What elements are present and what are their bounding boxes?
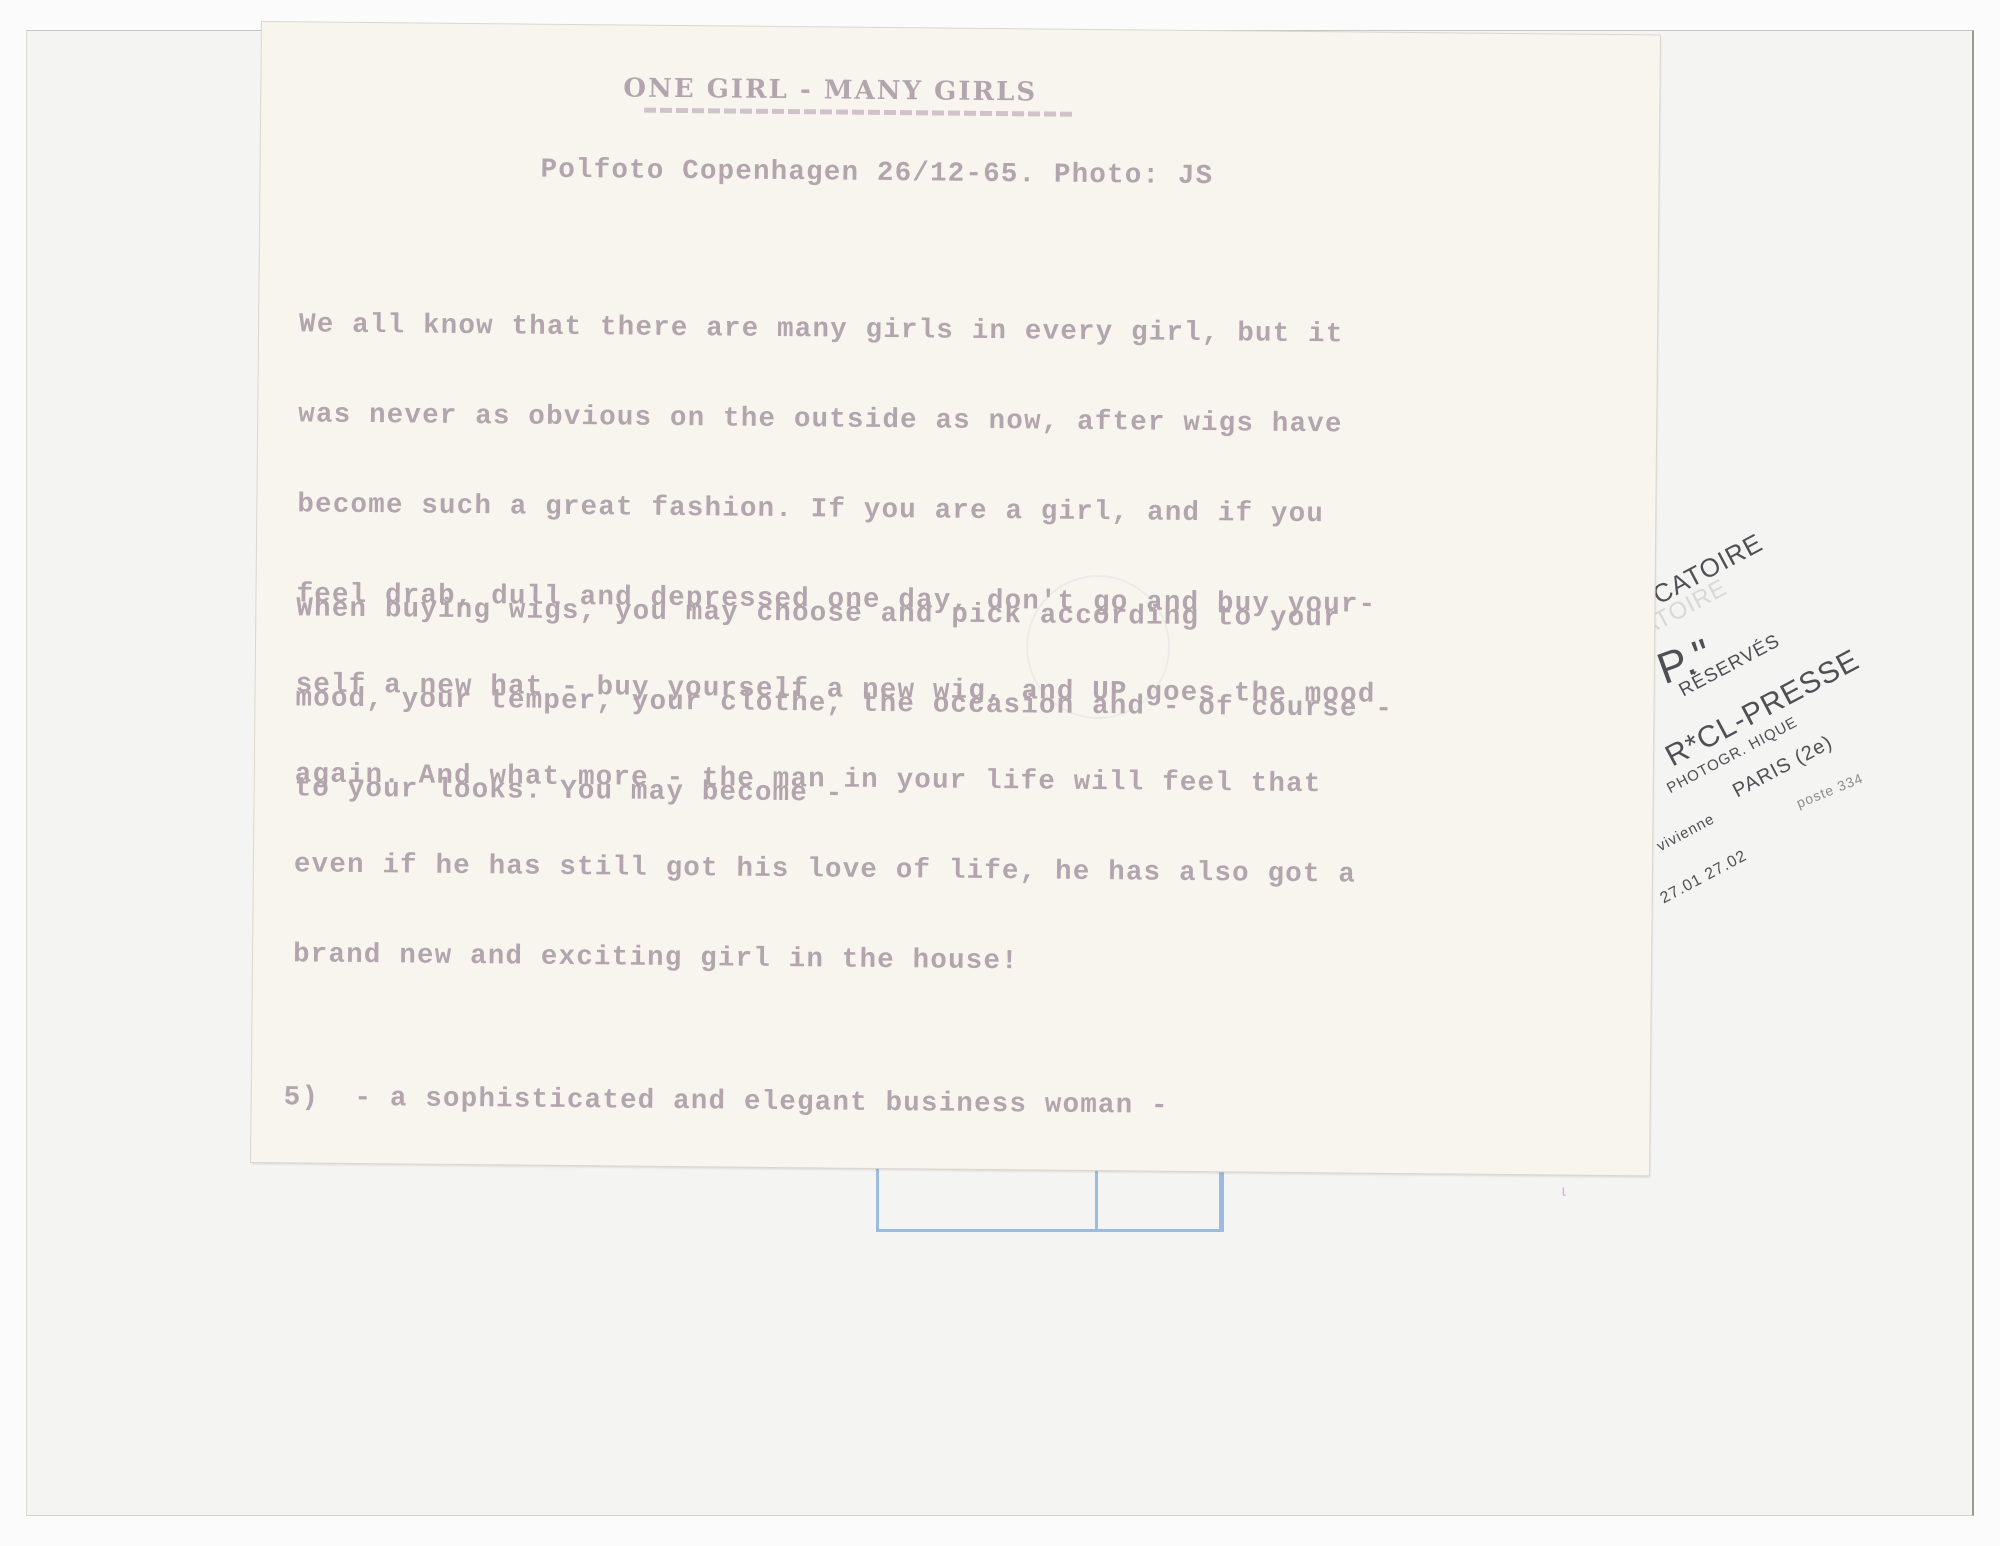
paragraph-1-line: become such a great fashion. If you are … — [297, 490, 1377, 530]
note-credit-line: Polfoto Copenhagen 26/12-65. Photo: JS — [540, 155, 1213, 192]
photo-caption: 5) - a sophisticated and elegant busines… — [284, 1082, 1169, 1121]
note-title: ONE GIRL - MANY GIRLS — [623, 73, 1037, 107]
paragraph-1-line: brand new and exciting girl in the house… — [293, 940, 1373, 980]
paragraph-2-line: mood, your temper, your clothe, the occa… — [295, 684, 1393, 725]
paragraph-1-line: We all know that there are many girls in… — [299, 310, 1379, 350]
afp-fragment-phone: 27.01 27.02 — [1658, 847, 1751, 908]
afp-fragment-poste: poste 334 — [1794, 770, 1865, 811]
afp-fragment-vivienne: vivienne — [1654, 810, 1718, 855]
pink-ink-mark: ɩ — [1562, 1183, 1566, 1201]
paragraph-1-line: was never as obvious on the outside as n… — [298, 400, 1378, 440]
title-underline — [644, 108, 1074, 117]
typed-caption-note: ONE GIRL - MANY GIRLS Polfoto Copenhagen… — [251, 22, 1660, 1175]
paragraph-2-line: to your looks. You may become - — [294, 774, 1392, 815]
paragraph-2-line: When buying wigs, you may choose and pic… — [296, 594, 1394, 635]
paragraph-2: When buying wigs, you may choose and pic… — [294, 534, 1395, 875]
